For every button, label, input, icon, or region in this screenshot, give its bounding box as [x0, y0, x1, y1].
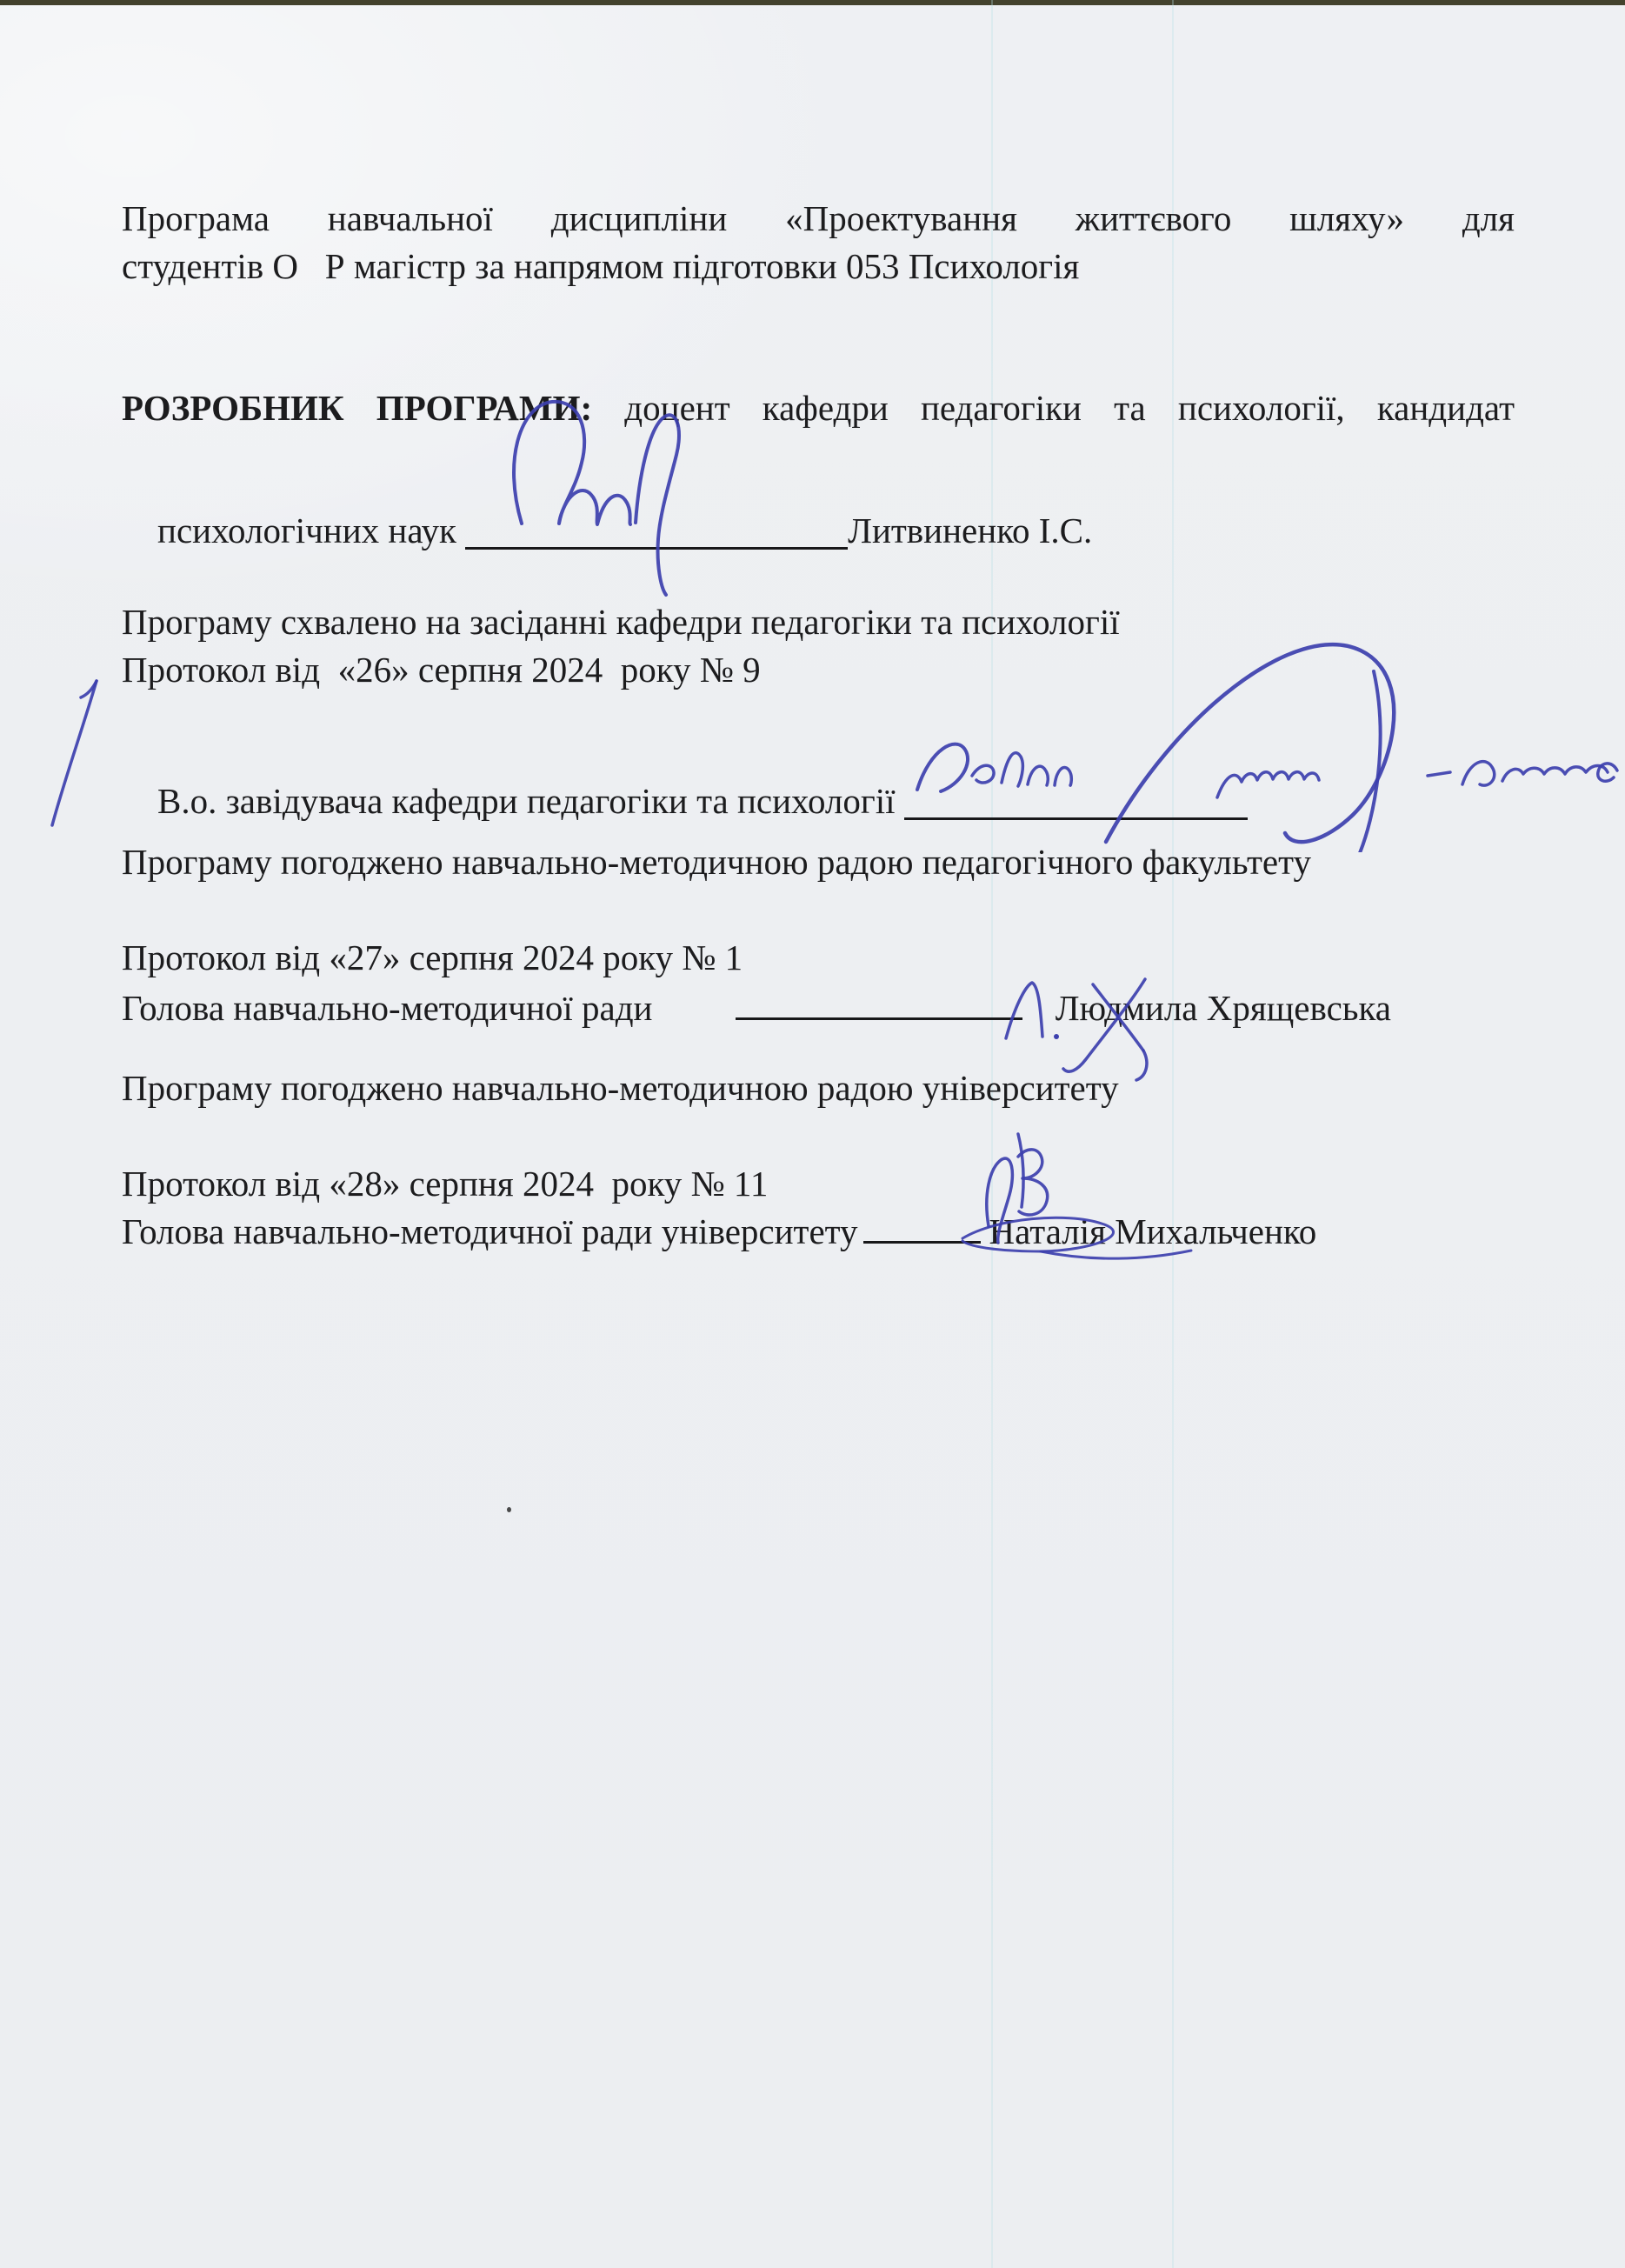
developer-heading: РОЗРОБНИК ПРОГРАМИ: [122, 388, 592, 428]
developer-line1: РОЗРОБНИК ПРОГРАМИ: доцент кафедри педаг… [122, 386, 1515, 430]
course-description-line1: Програма навчальної дисципліни «Проектув… [122, 197, 1515, 240]
department-approved-line: Програму схвалено на засіданні кафедри п… [122, 600, 1515, 644]
pen-stroke-margin [42, 665, 110, 830]
scanner-edge-strip [0, 0, 1625, 5]
faculty-head-line: Голова навчально-методичної ради Людмила… [122, 986, 1515, 1030]
developer-name: Литвиненко І.С. [848, 510, 1092, 550]
faculty-protocol-line: Протокол від «27» серпня 2024 року № 1 [122, 936, 1515, 979]
department-head-title: В.о. завідувача кафедри педагогіки та пс… [157, 781, 904, 821]
ink-speck [507, 1507, 511, 1512]
scanned-document-page: Програма навчальної дисципліни «Проектув… [0, 0, 1625, 2268]
faculty-head-name: Людмила Хрящевська [1047, 986, 1392, 1030]
university-head-signature-line [863, 1241, 981, 1244]
developer-line2: психологічних наук Литвиненко І.С. [122, 465, 1515, 596]
department-protocol-line: Протокол від «26» серпня 2024 року № 9 [122, 648, 1515, 691]
university-protocol-line: Протокол від «28» серпня 2024 року № 11 [122, 1162, 1515, 1205]
scanner-streak [1172, 0, 1174, 2268]
university-approved-line: Програму погоджено навчально-методичною … [122, 1066, 1515, 1110]
developer-title-text: доцент кафедри педагогіки та психології,… [624, 388, 1515, 428]
faculty-approved-line: Програму погоджено навчально-методичною … [122, 840, 1515, 884]
university-head-title: Голова навчально-методичної ради універс… [122, 1210, 858, 1253]
developer-degree-text: психологічних наук [157, 510, 465, 550]
scanner-streak [991, 0, 993, 2268]
developer-signature-line [465, 547, 848, 550]
department-head-signature-line [904, 817, 1248, 820]
faculty-head-title: Голова навчально-методичної ради [122, 986, 653, 1030]
course-description-line2: студентів О Р магістр за напрямом підгот… [122, 244, 1515, 288]
university-head-line: Голова навчально-методичної ради універс… [122, 1210, 1515, 1253]
university-head-name: Наталія Михальченко [989, 1210, 1317, 1253]
faculty-head-signature-line [736, 1017, 1022, 1020]
